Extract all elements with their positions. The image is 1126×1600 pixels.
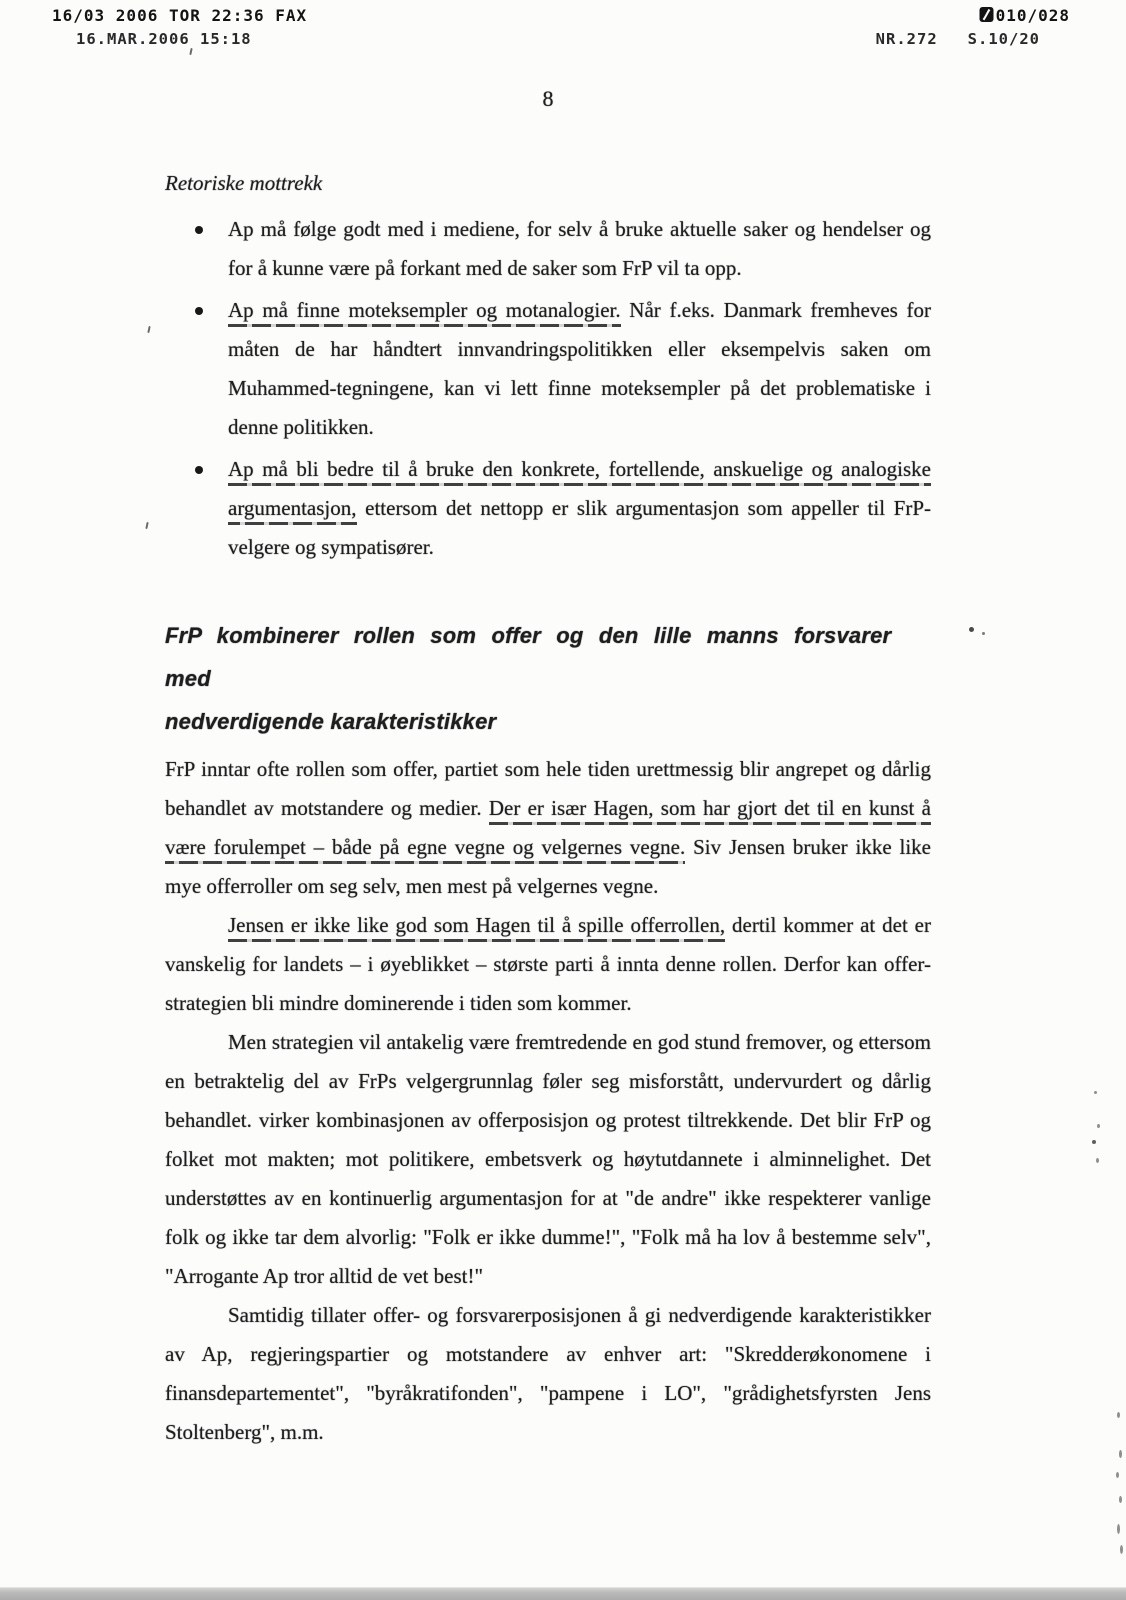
fax-timestamp: 16/03 2006 TOR 22:36 FAX — [52, 6, 307, 25]
subsection-heading-line2: nedverdigende karakteristikker — [165, 709, 496, 734]
fax-page: 16/03 2006 TOR 22:36 FAX 010/028 16.MAR.… — [0, 0, 1126, 1600]
underlined-text-segment: Jensen er ikke like god som Hagen til å … — [228, 913, 725, 942]
paragraph: Samtidig tillater offer- og forsvarerpos… — [165, 1296, 931, 1452]
fax-header-row-2: 16.MAR.2006 15:18 NR.272 S.10/20 — [0, 29, 1126, 52]
scan-artifact — [1092, 1140, 1096, 1144]
text-segment: Samtidig tillater offer- og forsvarerpos… — [165, 1303, 931, 1444]
bullet-item: Ap må følge godt med i mediene, for selv… — [165, 210, 931, 288]
scan-artifact — [1117, 1524, 1120, 1534]
bullet-dot-icon — [195, 466, 203, 474]
scan-artifact — [1094, 1091, 1097, 1094]
bullet-item: Ap må finne moteksempler og motanalogier… — [165, 291, 931, 447]
subsection-heading: FrP kombinerer rollen som offer og den l… — [165, 614, 931, 743]
paragraph: Men strategien vil antakelig være fremtr… — [165, 1023, 931, 1296]
text-segment: Men strategien vil antakelig være fremtr… — [165, 1030, 931, 1288]
paragraph: FrP inntar ofte rollen som offer, partie… — [165, 750, 931, 906]
scan-artifact — [1116, 1472, 1119, 1478]
fax-page-counter-group: 010/028 — [979, 6, 1070, 25]
fax-datetime: 16.MAR.2006 15:18 — [76, 30, 252, 48]
bullet-item: Ap må bli bedre til å bruke den konkrete… — [165, 450, 931, 567]
fax-header-row-1: 16/03 2006 TOR 22:36 FAX 010/028 — [0, 6, 1126, 29]
bullet-dot-icon — [195, 226, 203, 234]
scan-artifact — [1120, 1545, 1123, 1554]
bullet-text: Ap må bli bedre til å bruke den konkrete… — [228, 450, 931, 567]
fax-job-group: NR.272 S.10/20 — [876, 30, 1040, 48]
scan-artifact — [147, 326, 150, 333]
fax-header: 16/03 2006 TOR 22:36 FAX 010/028 16.MAR.… — [0, 6, 1126, 52]
scan-artifact — [1096, 1158, 1099, 1163]
bullet-list: Ap må følge godt med i mediene, for selv… — [165, 210, 931, 567]
scanner-edge-bar — [0, 1587, 1126, 1600]
scan-artifact — [982, 632, 985, 635]
text-segment: Ap må følge godt med i mediene, for selv… — [228, 217, 931, 280]
scan-artifact — [1117, 1412, 1120, 1418]
section-heading: Retoriske mottrekk — [165, 168, 931, 198]
fax-phone-icon — [979, 6, 994, 23]
bullet-text: Ap må følge godt med i mediene, for selv… — [228, 210, 931, 288]
document-body: Retoriske mottrekk Ap må følge godt med … — [165, 168, 931, 1452]
bullet-dot-icon — [195, 307, 203, 315]
scan-artifact — [1119, 1496, 1122, 1503]
scan-artifact — [969, 627, 974, 632]
scan-artifact — [1119, 1450, 1122, 1458]
underlined-text-segment: Ap må finne moteksempler og motanalogier… — [228, 298, 621, 327]
subsection-heading-line1: FrP kombinerer rollen som offer og den l… — [165, 623, 891, 691]
page-number: 8 — [165, 86, 931, 112]
fax-job-number: NR.272 — [876, 30, 938, 48]
scan-artifact — [1097, 1124, 1100, 1128]
scan-artifact — [145, 522, 148, 529]
fax-page-counter: 010/028 — [996, 6, 1070, 25]
fax-page-indicator: S.10/20 — [968, 30, 1040, 48]
paragraph: Jensen er ikke like god som Hagen til å … — [165, 906, 931, 1023]
bullet-text: Ap må finne moteksempler og motanalogier… — [228, 291, 931, 447]
